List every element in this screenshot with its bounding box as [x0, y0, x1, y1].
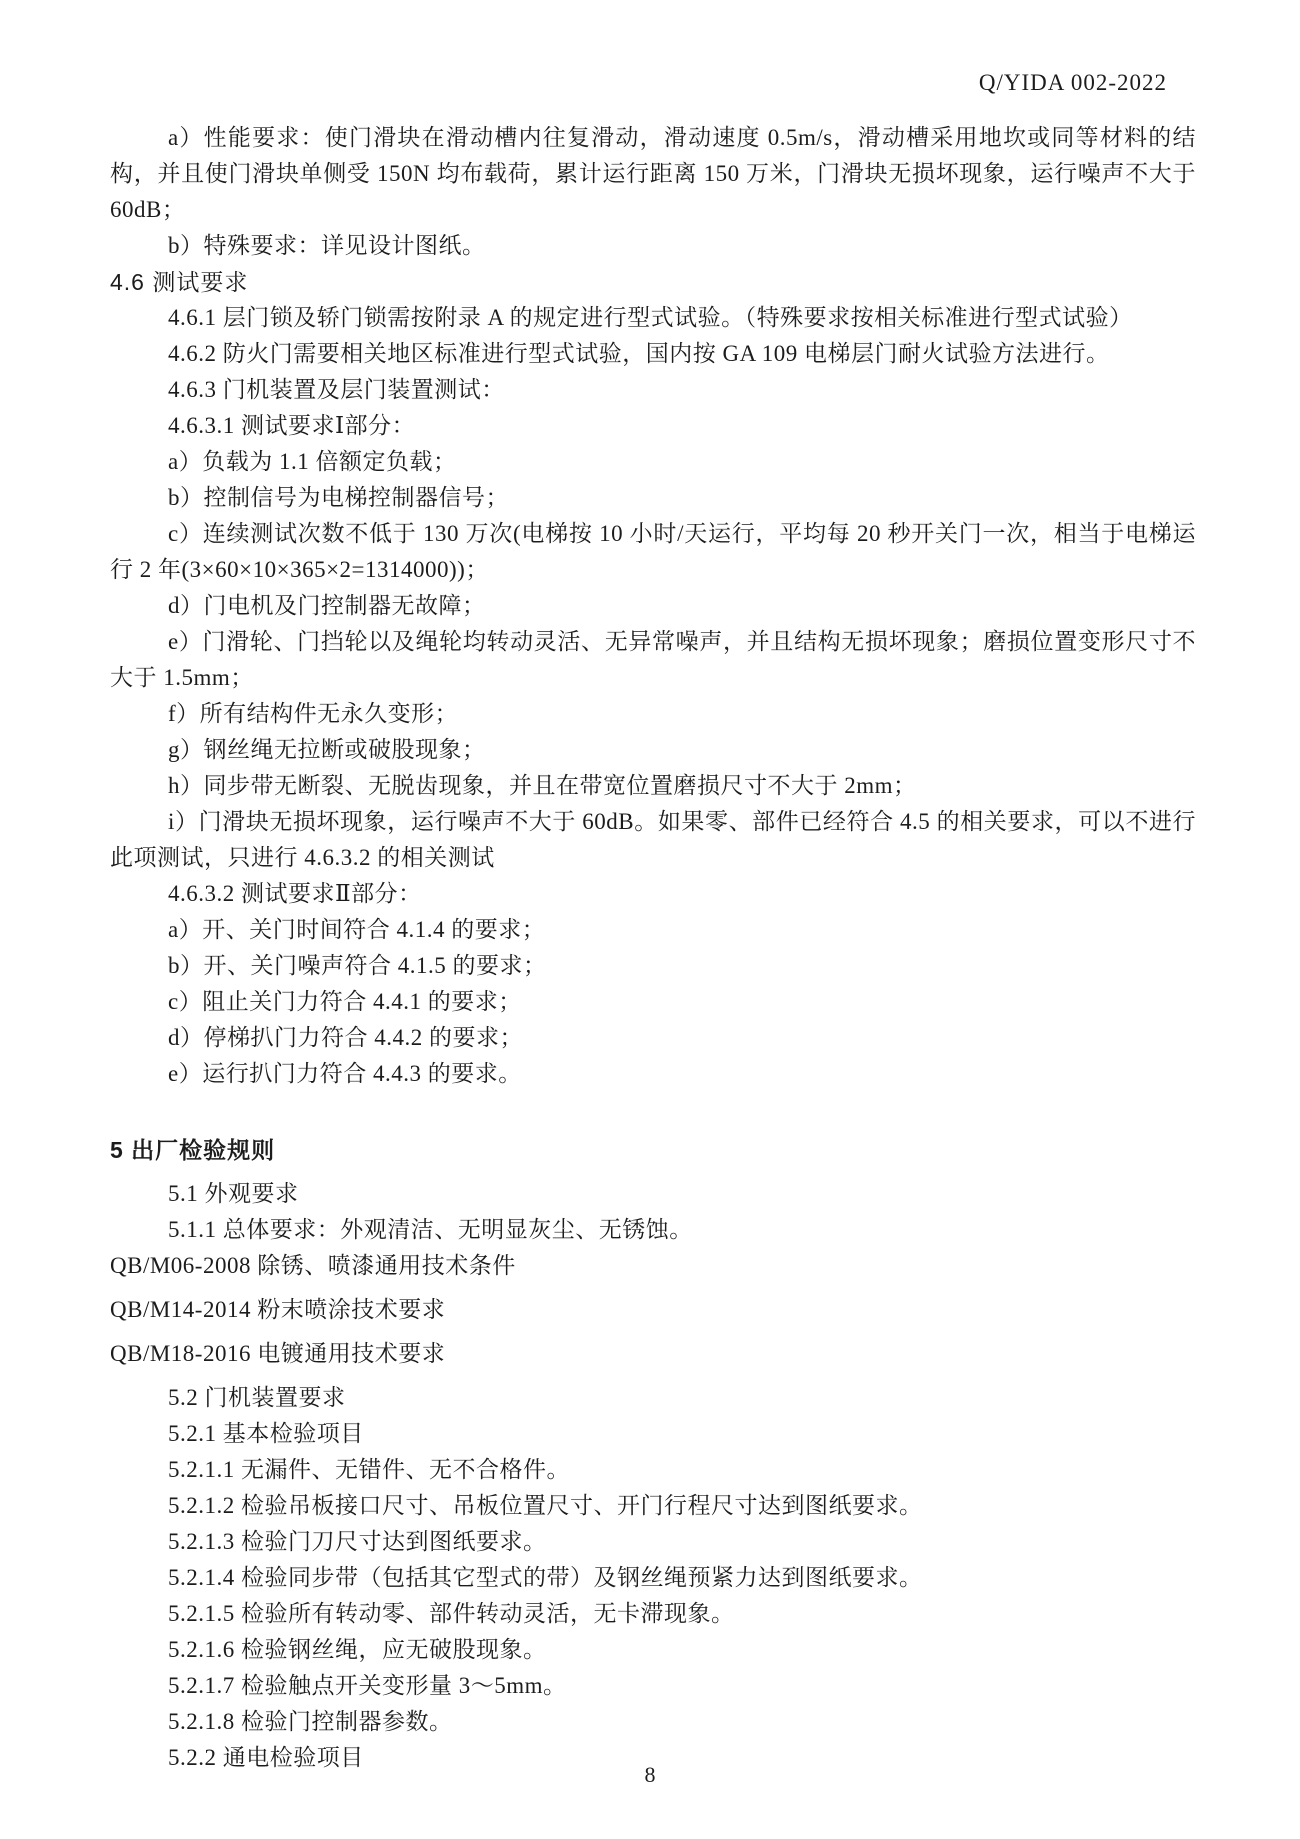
paragraph: 5.2.1.2 检验吊板接口尺寸、吊板位置尺寸、开门行程尺寸达到图纸要求。	[110, 1488, 1196, 1524]
page-header: Q/YIDA 002-2022	[110, 70, 1167, 96]
paragraph: a）性能要求：使门滑块在滑动槽内往复滑动，滑动速度 0.5m/s，滑动槽采用地坎…	[110, 120, 1196, 228]
paragraph: d）停梯扒门力符合 4.4.2 的要求；	[110, 1020, 1196, 1056]
paragraph: 5.2.1.3 检验门刀尺寸达到图纸要求。	[110, 1524, 1196, 1560]
paragraph: b）控制信号为电梯控制器信号；	[110, 480, 1196, 516]
paragraph: b）开、关门噪声符合 4.1.5 的要求；	[110, 948, 1196, 984]
paragraph: 4.6.3.1 测试要求Ⅰ部分：	[110, 408, 1196, 444]
page-footer: 8	[0, 1762, 1300, 1788]
paragraph: c）连续测试次数不低于 130 万次(电梯按 10 小时/天运行，平均每 20 …	[110, 516, 1196, 588]
paragraph: 4.6 测试要求	[110, 264, 1196, 300]
paragraph: 5.2.1.6 检验钢丝绳，应无破股现象。	[110, 1632, 1196, 1668]
paragraph: QB/M14-2014 粉末喷涂技术要求	[110, 1292, 1196, 1328]
paragraph: 5.1.1 总体要求：外观清洁、无明显灰尘、无锈蚀。	[110, 1212, 1196, 1248]
paragraph: 5.2.1.1 无漏件、无错件、无不合格件。	[110, 1452, 1196, 1488]
paragraph: 4.6.3 门机装置及层门装置测试：	[110, 372, 1196, 408]
paragraph: 5.2.1.8 检验门控制器参数。	[110, 1704, 1196, 1740]
paragraph: h）同步带无断裂、无脱齿现象，并且在带宽位置磨损尺寸不大于 2mm；	[110, 768, 1196, 804]
paragraph: QB/M06-2008 除锈、喷漆通用技术条件	[110, 1248, 1196, 1284]
paragraph: 4.6.3.2 测试要求Ⅱ部分：	[110, 876, 1196, 912]
paragraph: d）门电机及门控制器无故障；	[110, 588, 1196, 624]
paragraph: e）门滑轮、门挡轮以及绳轮均转动灵活、无异常噪声，并且结构无损坏现象；磨损位置变…	[110, 624, 1196, 696]
document-code: Q/YIDA 002-2022	[979, 70, 1167, 95]
paragraph: 5.2.1 基本检验项目	[110, 1416, 1196, 1452]
paragraph: i）门滑块无损坏现象，运行噪声不大于 60dB。如果零、部件已经符合 4.5 的…	[110, 804, 1196, 876]
paragraph: 5.2.1.4 检验同步带（包括其它型式的带）及钢丝绳预紧力达到图纸要求。	[110, 1560, 1196, 1596]
paragraph: 5.2.1.7 检验触点开关变形量 3～5mm。	[110, 1668, 1196, 1704]
page-number: 8	[645, 1762, 656, 1787]
document-body: a）性能要求：使门滑块在滑动槽内往复滑动，滑动速度 0.5m/s，滑动槽采用地坎…	[110, 120, 1196, 1776]
paragraph: 5.2 门机装置要求	[110, 1380, 1196, 1416]
paragraph: e）运行扒门力符合 4.4.3 的要求。	[110, 1056, 1196, 1092]
paragraph: f）所有结构件无永久变形；	[110, 696, 1196, 732]
paragraph: 5.2.1.5 检验所有转动零、部件转动灵活，无卡滞现象。	[110, 1596, 1196, 1632]
paragraph: 5.1 外观要求	[110, 1176, 1196, 1212]
paragraph: c）阻止关门力符合 4.4.1 的要求；	[110, 984, 1196, 1020]
paragraph: 4.6.1 层门锁及轿门锁需按附录 A 的规定进行型式试验。（特殊要求按相关标准…	[110, 300, 1196, 336]
paragraph: 5 出厂检验规则	[110, 1132, 1196, 1168]
paragraph: g）钢丝绳无拉断或破股现象；	[110, 732, 1196, 768]
paragraph: b）特殊要求：详见设计图纸。	[110, 228, 1196, 264]
paragraph: QB/M18-2016 电镀通用技术要求	[110, 1336, 1196, 1372]
paragraph: 4.6.2 防火门需要相关地区标准进行型式试验，国内按 GA 109 电梯层门耐…	[110, 336, 1196, 372]
paragraph: a）开、关门时间符合 4.1.4 的要求；	[110, 912, 1196, 948]
document-page: Q/YIDA 002-2022 a）性能要求：使门滑块在滑动槽内往复滑动，滑动速…	[0, 0, 1300, 1839]
paragraph: a）负载为 1.1 倍额定负载；	[110, 444, 1196, 480]
